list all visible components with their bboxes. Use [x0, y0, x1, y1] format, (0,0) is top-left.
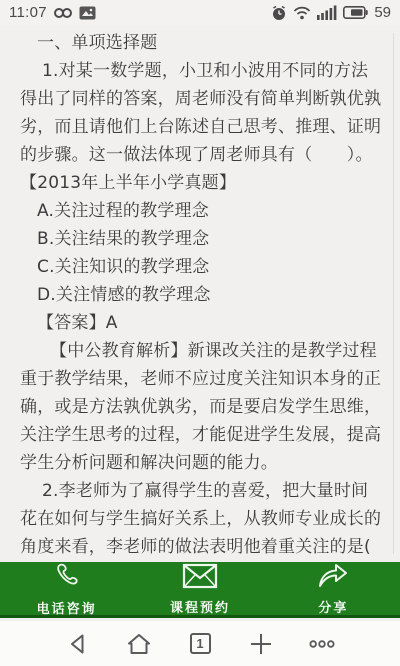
question-2-line: 2.李老师为了赢得学生的喜爱，把大量时间	[20, 477, 386, 505]
course-booking-label: 课程预约	[170, 597, 230, 616]
share-arrow-icon	[317, 562, 349, 595]
infinity-icon	[53, 7, 73, 19]
question-1-line: 的步骤。这一做法体现了周老师具有（ ）。	[20, 141, 386, 169]
tabs-button[interactable]: 1	[187, 631, 213, 657]
clock-time: 11:07	[9, 4, 47, 21]
section-heading: 一、单项选择题	[20, 29, 386, 57]
exam-source-tag: 【2013年上半年小学真题】	[20, 169, 386, 197]
phone-icon	[52, 561, 82, 596]
battery-icon	[343, 6, 368, 19]
wifi-icon	[293, 6, 311, 20]
image-icon	[79, 6, 96, 20]
signal-bars-icon	[317, 5, 337, 20]
option-c: C.关注知识的教学理念	[20, 253, 386, 281]
option-a: A.关注过程的教学理念	[20, 197, 386, 225]
question-1-line: 劣，而且请他们上台陈述自己思考、推理、证明	[20, 113, 386, 141]
more-options-button[interactable]	[309, 631, 335, 657]
analysis-line: 重于教学结果，老师不应过度关注知识本身的正	[20, 365, 386, 393]
question-1-line: 得出了同样的答案，周老师没有简单判断孰优孰	[20, 85, 386, 113]
option-b: B.关注结果的教学理念	[20, 225, 386, 253]
status-bar-left: 11:07	[9, 4, 96, 21]
home-button[interactable]	[126, 631, 152, 657]
answer-line: 【答案】A	[20, 309, 386, 337]
share-button[interactable]: 分享	[267, 562, 400, 615]
action-bar: 电话咨询 课程预约 分享	[0, 562, 400, 618]
phone-consult-label: 电话咨询	[37, 598, 97, 617]
question-2-line: 花在如何与学生搞好关系上，从教师专业成长的	[20, 505, 386, 533]
alarm-clock-icon	[271, 5, 287, 21]
phone-consult-button[interactable]: 电话咨询	[0, 562, 133, 615]
analysis-line: 【中公教育解析】新课改关注的是教学过程	[20, 337, 386, 365]
battery-percentage: 59	[374, 4, 391, 21]
tab-count-badge: 1	[190, 633, 211, 654]
envelope-icon	[182, 562, 218, 595]
back-button[interactable]	[65, 631, 91, 657]
phone-screen: 11:07	[0, 0, 400, 666]
analysis-line: 关注学生思考的过程，才能促进学生发展，提高	[20, 421, 386, 449]
analysis-line: 学生分析问题和解决问题的能力。	[20, 449, 386, 477]
status-bar-right: 59	[271, 4, 391, 21]
browser-nav-bar: 1	[0, 621, 400, 666]
question-1-line: 1.对某一数学题，小卫和小波用不同的方法	[20, 57, 386, 85]
status-bar: 11:07	[0, 0, 400, 25]
document-content: 一、单项选择题 1.对某一数学题，小卫和小波用不同的方法 得出了同样的答案，周老…	[0, 25, 400, 562]
add-tab-button[interactable]	[248, 631, 274, 657]
analysis-line: 确，或是方法孰优孰劣，而是要启发学生思维，	[20, 393, 386, 421]
share-label: 分享	[318, 597, 348, 616]
question-2-line: 角度来看，李老师的做法表明他着重关注的是(	[20, 533, 386, 561]
course-booking-button[interactable]: 课程预约	[133, 562, 266, 615]
option-d: D.关注情感的教学理念	[20, 281, 386, 309]
